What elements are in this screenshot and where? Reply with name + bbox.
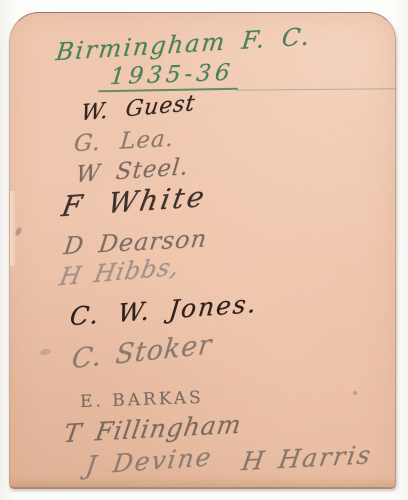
signature-w-guest: W. Guest bbox=[80, 93, 197, 125]
signature-d-dearson: D Dearson bbox=[63, 226, 209, 258]
signature-g-lea: G. Lea. bbox=[73, 128, 175, 156]
club-title: Birmingham F. C. bbox=[55, 24, 313, 64]
signature-j-devine: J Devine bbox=[84, 444, 214, 478]
page-bottom-shadow bbox=[10, 477, 395, 487]
signature-h-hibbs: H Hibbs, bbox=[58, 254, 182, 289]
paper-blemish bbox=[39, 348, 51, 356]
scanned-photo: Birmingham F. C. 1935-36 W. Guest G. Lea… bbox=[0, 0, 408, 500]
season-title: 1935-36 bbox=[109, 62, 235, 89]
signature-f-white: F White bbox=[59, 183, 209, 222]
signature-c-w-jones: C. W. Jones. bbox=[69, 291, 259, 329]
paper-fold-highlight bbox=[10, 191, 17, 266]
signature-t-fillingham: T Fillingham bbox=[62, 412, 244, 447]
ruled-line bbox=[236, 88, 396, 90]
signature-h-harris: H Harris bbox=[240, 442, 374, 474]
paper-blemish bbox=[353, 391, 357, 395]
signature-c-stoker: C. Stoker bbox=[71, 331, 214, 373]
autograph-album-page: Birmingham F. C. 1935-36 W. Guest G. Lea… bbox=[9, 12, 396, 489]
signature-e-barkas: E. BARKAS bbox=[80, 390, 204, 411]
